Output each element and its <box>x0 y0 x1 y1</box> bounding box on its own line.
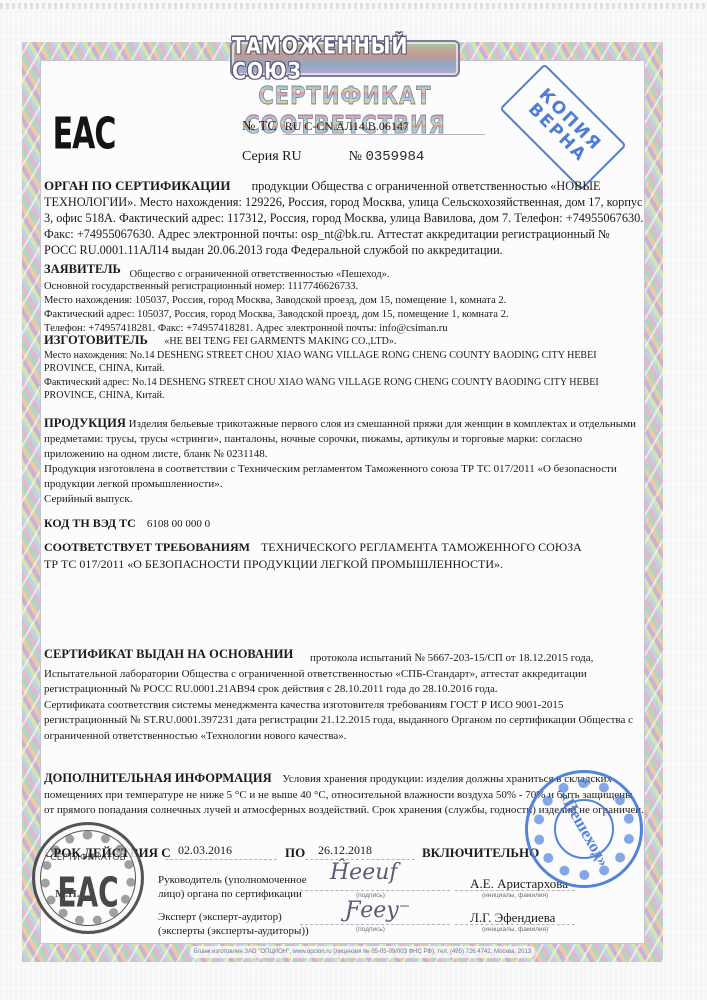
manufacturer-location: Место нахождения: No.14 DESHENG STREET C… <box>44 349 644 375</box>
expert-name-caption: (инициалы, фамилия) <box>482 926 548 933</box>
head-role-line-1: Руководитель (уполномоченное <box>158 873 307 887</box>
manufacturer-actual-address: Фактический адрес: No.14 DESHENG STREET … <box>44 376 644 402</box>
certificate-number: № ТС RU C-CN.АЛ14.В.06147 <box>242 119 485 135</box>
product-description: Изделия бельевые трикотажные первого сло… <box>44 418 636 460</box>
tn-ved-code: КОД ТН ВЭД ТС 6108 00 000 0 <box>44 515 644 532</box>
certificate-number-label: № ТС <box>242 119 277 135</box>
manufacturer-section: ИЗГОТОВИТЕЛЬ «HE BEI TENG FEI GARMENTS M… <box>44 333 644 402</box>
head-role: Руководитель (уполномоченное лицо) орган… <box>158 873 307 901</box>
applicant-seal-center: «Пешеход» <box>554 799 614 859</box>
customs-union-banner: ТАМОЖЕННЫЙ СОЮЗ <box>230 40 460 77</box>
expert-role-line-2: (эксперты (эксперты-аудиторы)) <box>158 924 309 938</box>
conformity-text-second: ТР ТС 017/2011 «О БЕЗОПАСНОСТИ ПРОДУКЦИИ… <box>44 556 644 573</box>
series-value: RU <box>282 149 301 164</box>
product-label: ПРОДУКЦИЯ <box>44 416 126 430</box>
basis-qms-certificate: Сертификата соответствия системы менеджм… <box>44 698 644 745</box>
head-name-caption: (инициалы, фамилия) <box>482 892 548 899</box>
certification-body-text-first: продукции Общества с ограниченной ответс… <box>252 179 601 193</box>
applicant-seal: «Пешеход» <box>525 770 643 888</box>
validity-date-to: 26.12.2018 <box>318 843 372 858</box>
tn-ved-value: 6108 00 000 0 <box>147 518 210 530</box>
head-role-line-2: лицо) органа по сертификации <box>158 887 307 901</box>
validity-inclusive-label: ВКЛЮЧИТЕЛЬНО <box>422 845 539 861</box>
basis-section: СЕРТИФИКАТ ВЫДАН НА ОСНОВАНИИ протокола … <box>44 647 644 745</box>
seal-eac-logo-icon: EAC <box>35 869 141 917</box>
certification-body-seal: СЕРТИФИКАТОВ EAC М.П. <box>32 822 144 934</box>
scan-artifact <box>0 3 707 9</box>
printer-note: Бланк изготовлен ЗАО "ОПЦИОН", www.opcio… <box>190 946 535 958</box>
expert-signature: Ƒeey⁻ <box>345 898 410 923</box>
conformity-text-first: ТЕХНИЧЕСКОГО РЕГЛАМЕНТА ТАМОЖЕННОГО СОЮЗ… <box>261 540 582 554</box>
manufacturer-name: «HE BEI TENG FEI GARMENTS MAKING CO.,LTD… <box>164 336 396 347</box>
validity-to-label: ПО <box>285 845 305 861</box>
customs-union-title: ТАМОЖЕННЫЙ СОЮЗ <box>232 33 458 84</box>
product-section: ПРОДУКЦИЯ Изделия бельевые трикотажные п… <box>44 416 644 507</box>
applicant-actual-address: Фактический адрес: 105037, Россия, город… <box>44 308 644 322</box>
tn-ved-label: КОД ТН ВЭД ТС <box>44 516 136 530</box>
certification-body-label: ОРГАН ПО СЕРТИФИКАЦИИ <box>44 178 231 193</box>
manufacturer-label: ИЗГОТОВИТЕЛЬ <box>44 333 148 347</box>
head-signature: Ĥeeuf <box>330 860 398 885</box>
expert-role-line-1: Эксперт (эксперт-аудитор) <box>158 910 309 924</box>
certification-body-text: ТЕХНОЛОГИИ». Место нахождения: 129226, Р… <box>44 194 644 258</box>
applicant-section: ЗАЯВИТЕЛЬ Общество с ограниченной ответс… <box>44 262 644 336</box>
basis-protocol: протокола испытаний № 5667-203-15/СП от … <box>310 652 593 664</box>
eac-logo-icon: EAC <box>63 99 105 169</box>
certification-body-section: ОРГАН ПО СЕРТИФИКАЦИИ продукции Общества… <box>44 178 644 258</box>
conformity-label: СООТВЕТСТВУЕТ ТРЕБОВАНИЯМ <box>44 540 250 554</box>
expert-role: Эксперт (эксперт-аудитор) (эксперты (экс… <box>158 910 309 938</box>
blank-number-label: № <box>349 149 362 164</box>
basis-label: СЕРТИФИКАТ ВЫДАН НА ОСНОВАНИИ <box>44 647 293 661</box>
series-label: Серия <box>242 149 279 164</box>
conformity-section: СООТВЕТСТВУЕТ ТРЕБОВАНИЯМ ТЕХНИЧЕСКОГО Р… <box>44 539 644 573</box>
additional-info-label: ДОПОЛНИТЕЛЬНАЯ ИНФОРМАЦИЯ <box>44 771 272 785</box>
basis-laboratory: Испытательной лаборатории Общества с огр… <box>44 667 644 698</box>
applicant-location: Место нахождения: 105037, Россия, город … <box>44 294 644 308</box>
blank-number-value: 0359984 <box>365 149 424 165</box>
seal-title: СЕРТИФИКАТОВ <box>35 853 141 863</box>
product-serial-note: Серийный выпуск. <box>44 492 644 507</box>
applicant-label: ЗАЯВИТЕЛЬ <box>44 262 121 276</box>
expert-signature-caption: (подпись) <box>356 926 385 933</box>
product-regulation: Продукция изготовлена в соответствии с Т… <box>44 462 644 492</box>
applicant-name: Общество с ограниченной ответственностью… <box>129 269 389 280</box>
validity-date-from: 02.03.2016 <box>178 843 232 858</box>
applicant-ogrn: Основной государственный регистрационный… <box>44 280 644 294</box>
seal-mp-label: М.П. <box>55 888 79 900</box>
certificate-series: Серия RU № 0359984 <box>242 149 424 165</box>
certificate-number-value: RU C-CN.АЛ14.В.06147 <box>283 119 485 135</box>
